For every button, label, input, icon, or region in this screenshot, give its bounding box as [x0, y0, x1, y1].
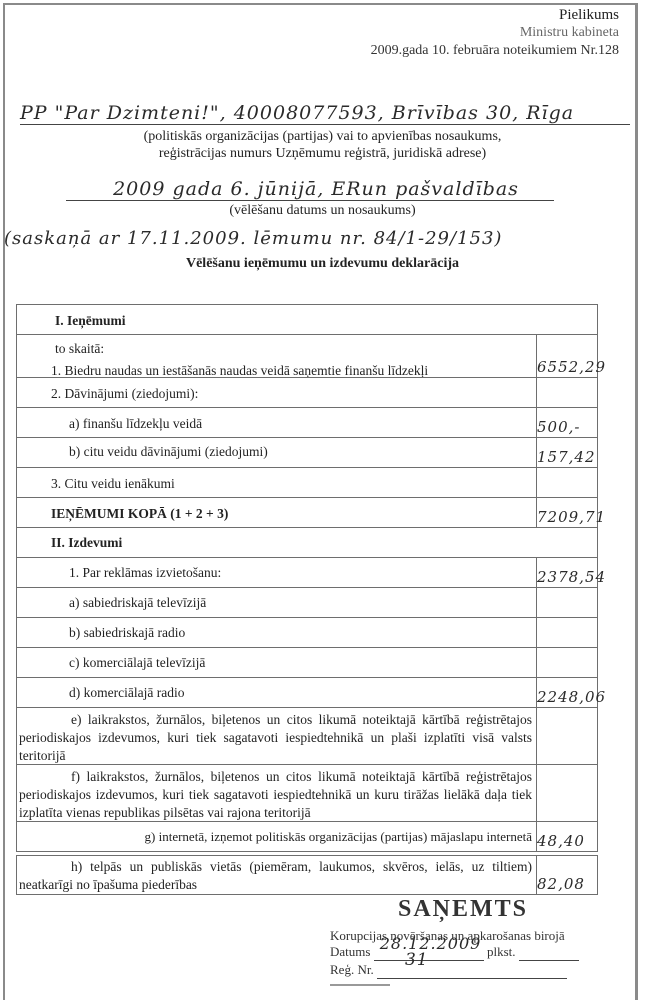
stamp-reg-label: Reģ. Nr. [330, 962, 374, 977]
table-row: h) telpās un publiskās vietās (piemēram,… [16, 855, 598, 895]
declaration-title: Vēlēšanu ieņēmumu un izdevumu deklarācij… [0, 256, 645, 272]
row-label: e) laikrakstos, žurnālos, biļetenos un c… [17, 708, 537, 764]
row-value: 7209,71 [533, 508, 611, 526]
election-fill-line [66, 200, 554, 201]
row-value: 2248,06 [533, 688, 611, 706]
table-row: f) laikrakstos, žurnālos, biļetenos un c… [16, 764, 598, 822]
party-fill-line [20, 124, 630, 125]
table-row-total: IEŅĒMUMI KOPĀ (1 + 2 + 3) 7209,71 [16, 497, 598, 528]
row-value: 48,40 [533, 832, 611, 850]
party-caption-2: reģistrācijas numurs Uzņēmumu reģistrā, … [0, 145, 645, 162]
table-row: b) sabiedriskajā radio [16, 617, 598, 648]
stamp-faded-text [330, 984, 390, 986]
row-label: a) sabiedriskajā televīzijā [17, 588, 537, 617]
row-label: f) laikrakstos, žurnālos, biļetenos un c… [17, 765, 537, 821]
row-value: 500,- [533, 418, 611, 436]
table-row: b) citu veidu dāvinājumi (ziedojumi) 157… [16, 437, 598, 468]
annex-header: Pielikums Ministru kabineta 2009.gada 10… [371, 6, 619, 60]
stamp-time-label: plkst. [487, 944, 516, 959]
stamp-date-value: 28.12.2009 [380, 934, 482, 953]
election-handwritten: 2009 gada 6. jūnijā, ERun pašvaldības [66, 178, 566, 200]
table-row: a) finanšu līdzekļu veidā 500,- [16, 407, 598, 438]
party-name-handwritten: PP "Par Dzimteni!", 40008077593, Brīvība… [20, 102, 630, 124]
table-row: e) laikrakstos, žurnālos, biļetenos un c… [16, 707, 598, 765]
row-label: b) sabiedriskajā radio [17, 618, 537, 647]
row-label: a) finanšu līdzekļu veidā [17, 408, 537, 437]
table-row: d) komerciālajā radio 2248,06 [16, 677, 598, 708]
ministry-label: Ministru kabineta [371, 24, 619, 42]
row-label: to skaitā: 1. Biedru naudas un iestāšanā… [17, 335, 537, 377]
election-caption: (vēlēšanu datums un nosaukums) [0, 202, 645, 219]
decision-note-handwritten: (saskaņā ar 17.11.2009. lēmumu nr. 84/1-… [4, 228, 640, 249]
row-value: 82,08 [533, 875, 611, 893]
table-row: 1. Par reklāmas izvietošanu: 2378,54 [16, 557, 598, 588]
row-label: g) internetā, izņemot politiskās organiz… [17, 822, 537, 851]
row-label: c) komerciālajā televīzijā [17, 648, 537, 677]
row-label: I. Ieņēmumi [17, 305, 597, 334]
stamp-reg-value: 31 [405, 950, 429, 970]
row-label: h) telpās un publiskās vietās (piemēram,… [17, 856, 537, 894]
row-label: 1. Par reklāmas izvietošanu: [17, 558, 537, 587]
row-label: II. Izdevumi [17, 528, 597, 557]
stamp-date-line: Datums 28.12.2009 plkst. [330, 944, 580, 961]
table-row: g) internetā, izņemot politiskās organiz… [16, 821, 598, 852]
party-caption-1: (politiskās organizācijas (partijas) vai… [0, 128, 645, 145]
row-label: d) komerciālajā radio [17, 678, 537, 707]
table-row: c) komerciālajā televīzijā [16, 647, 598, 678]
stamp-time-fill [519, 944, 579, 961]
table-row: to skaitā: 1. Biedru naudas un iestāšanā… [16, 334, 598, 378]
row-label-line: to skaitā: [55, 340, 536, 358]
stamp-reg-fill: 31 [377, 962, 567, 979]
regulation-reference: 2009.gada 10. februāra noteikumiem Nr.12… [371, 42, 619, 60]
stamp-date-label: Datums [330, 944, 370, 959]
row-label: 3. Citu veidu ienākumi [17, 468, 537, 497]
row-label: b) citu veidu dāvinājumi (ziedojumi) [17, 438, 537, 467]
stamp-title: SAŅEMTS [398, 896, 528, 923]
annex-label: Pielikums [371, 6, 619, 24]
row-value: 157,42 [533, 448, 611, 466]
table-row: 2. Dāvinājumi (ziedojumi): [16, 377, 598, 408]
row-value: 2378,54 [533, 568, 611, 586]
row-label: IEŅĒMUMI KOPĀ (1 + 2 + 3) [17, 498, 537, 527]
stamp-reg-line: Reģ. Nr. 31 [330, 962, 580, 979]
row-value: 6552,29 [533, 358, 611, 376]
table-row: I. Ieņēmumi [16, 304, 598, 335]
table-row: a) sabiedriskajā televīzijā [16, 587, 598, 618]
table-row: 3. Citu veidu ienākumi [16, 467, 598, 498]
row-label: 2. Dāvinājumi (ziedojumi): [17, 378, 537, 407]
table-row: II. Izdevumi [16, 527, 598, 558]
stamp-date-fill: 28.12.2009 [374, 944, 484, 961]
